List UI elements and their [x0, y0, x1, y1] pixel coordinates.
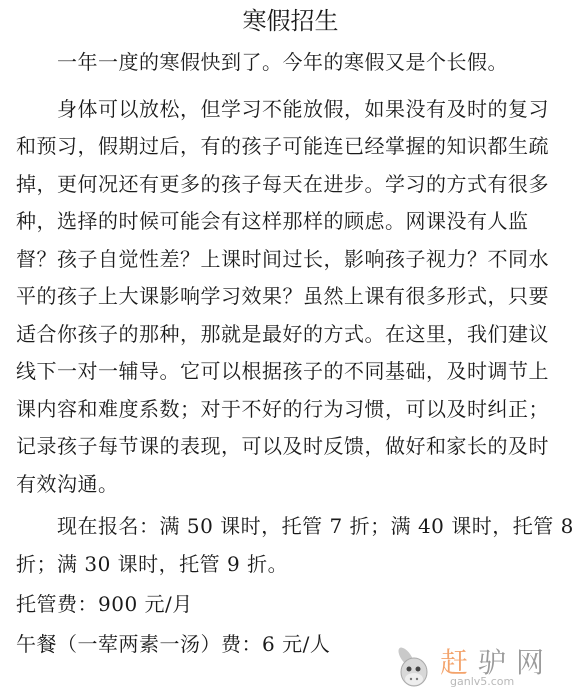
body-line: 适合你孩子的那种，那就是最好的方式。在这里，我们建议	[16, 321, 549, 347]
body-line: 有效沟通。	[16, 471, 119, 497]
intro-paragraph: 一年一度的寒假快到了。今年的寒假又是个长假。	[57, 49, 508, 75]
body-line: 和预习，假期过后，有的孩子可能连已经掌握的知识都生疏	[16, 133, 549, 159]
body-line: 掉，更何况还有更多的孩子每天在进步。学习的方式有很多	[16, 171, 549, 197]
childcare-fee: 托管费：900 元/月	[16, 591, 193, 617]
body-line: 平的孩子上大课影响学习效果？虽然上课有很多形式，只要	[16, 283, 549, 309]
document-title: 寒假招生	[0, 6, 581, 36]
lunch-fee: 午餐（一荤两素一汤）费：6 元/人	[16, 631, 330, 657]
body-line: 身体可以放松，但学习不能放假，如果没有及时的复习	[57, 96, 549, 122]
enrollment-offer-line: 折；满 30 课时，托管 9 折。	[16, 551, 288, 577]
donkey-icon	[392, 645, 436, 689]
watermark-logo: 赶驴网 ganlv5.com	[392, 641, 577, 693]
watermark-url: ganlv5.com	[450, 675, 514, 688]
body-line: 督？孩子自觉性差？上课时间过长，影响孩子视力？不同水	[16, 246, 549, 272]
body-line: 线下一对一辅导。它可以根据孩子的不同基础，及时调节上	[16, 358, 549, 384]
enrollment-offer-line: 现在报名：满 50 课时，托管 7 折；满 40 课时，托管 8	[57, 513, 574, 539]
body-line: 记录孩子每节课的表现，可以及时反馈，做好和家长的及时	[16, 433, 549, 459]
body-line: 课内容和难度系数；对于不好的行为习惯，可以及时纠正；	[16, 396, 549, 422]
body-line: 种，选择的时候可能会有这样那样的顾虑。网课没有人监	[16, 208, 529, 234]
